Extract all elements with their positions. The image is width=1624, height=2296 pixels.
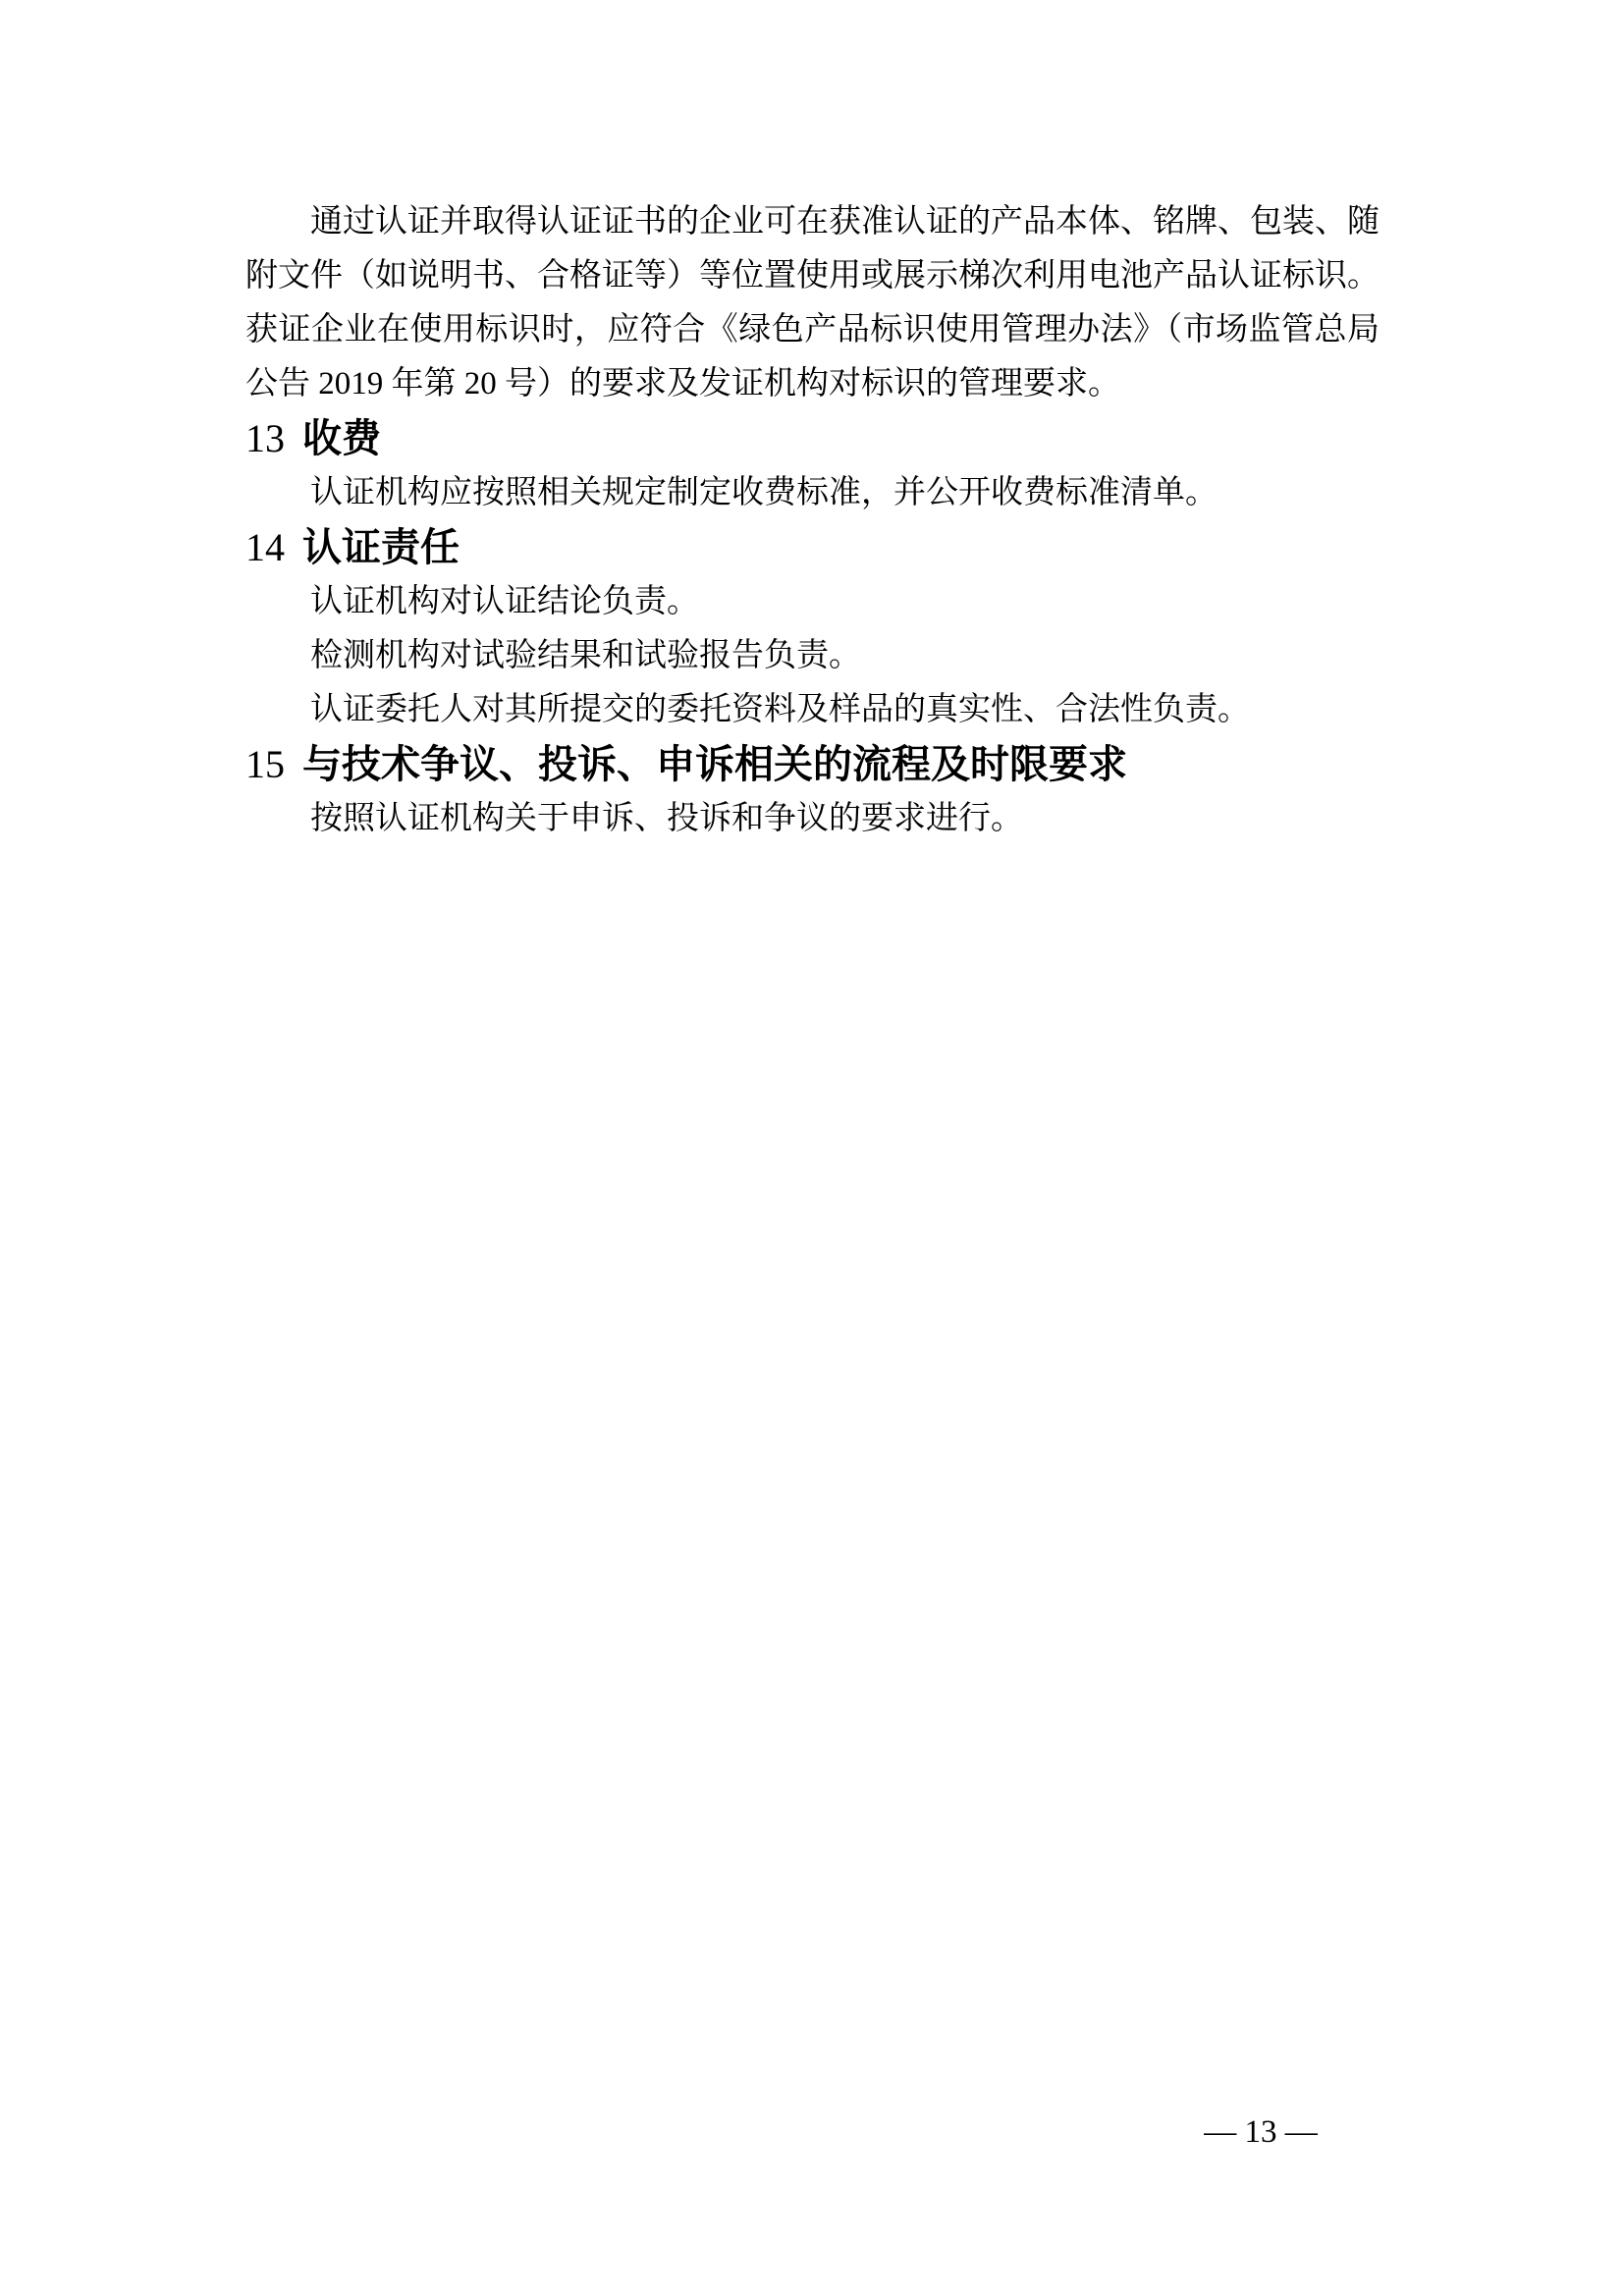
section-13-title: 收费 (302, 417, 381, 460)
section-14-paragraph-3: 认证委托人对其所提交的委托资料及样品的真实性、合法性负责。 (245, 683, 1380, 737)
section-14-heading: 14认证责任 (245, 520, 1380, 575)
section-15-paragraph-1: 按照认证机构关于申诉、投诉和争议的要求进行。 (245, 792, 1380, 846)
document-page: 通过认证并取得认证证书的企业可在获准认证的产品本体、铭牌、包装、随附文件（如说明… (0, 0, 1624, 2296)
page-number: — 13 — (1182, 2112, 1339, 2152)
section-13-heading: 13收费 (245, 411, 1380, 466)
section-15-title: 与技术争议、投诉、申诉相关的流程及时限要求 (302, 743, 1127, 786)
section-14-paragraph-1: 认证机构对认证结论负责。 (245, 575, 1380, 629)
page-content: 通过认证并取得认证证书的企业可在获准认证的产品本体、铭牌、包装、随附文件（如说明… (245, 195, 1380, 846)
intro-paragraph: 通过认证并取得认证证书的企业可在获准认证的产品本体、铭牌、包装、随附文件（如说明… (245, 195, 1380, 411)
section-14-title: 认证责任 (302, 526, 460, 569)
section-14-number: 14 (245, 525, 285, 569)
section-15-number: 15 (245, 742, 285, 786)
section-13-paragraph-1: 认证机构应按照相关规定制定收费标准，并公开收费标准清单。 (245, 466, 1380, 520)
section-14-paragraph-2: 检测机构对试验结果和试验报告负责。 (245, 629, 1380, 683)
section-15-heading: 15与技术争议、投诉、申诉相关的流程及时限要求 (245, 737, 1380, 792)
section-13-number: 13 (245, 416, 285, 460)
